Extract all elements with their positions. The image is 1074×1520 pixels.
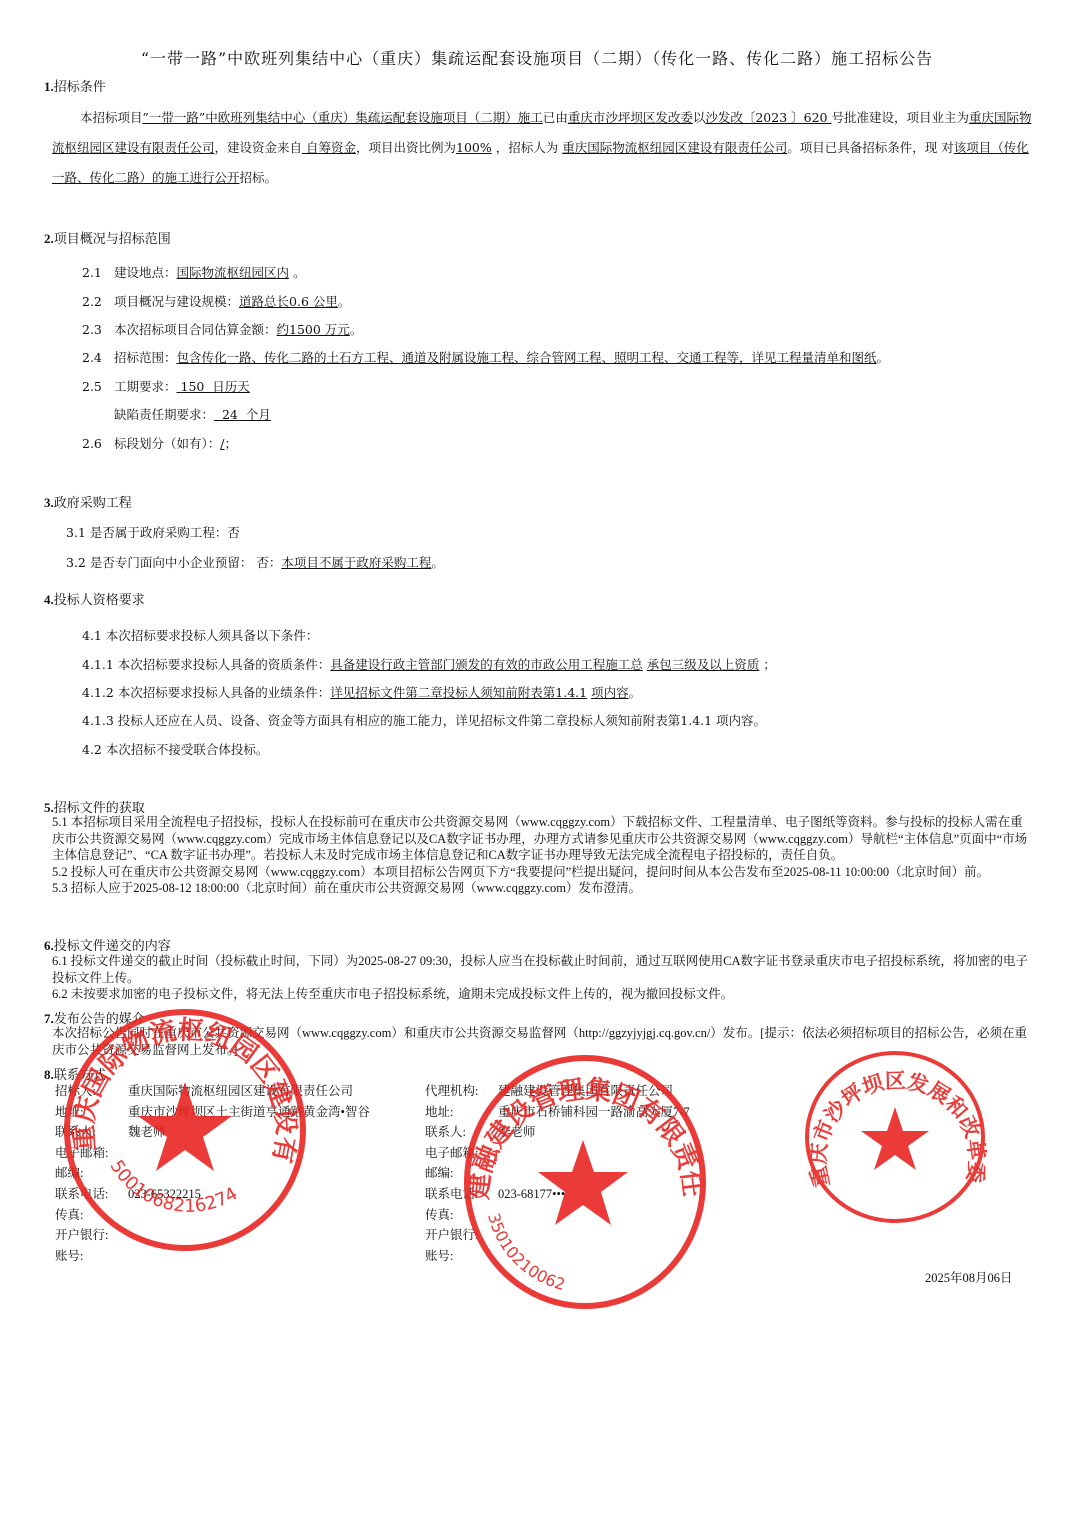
contact-row: 邮编:: [425, 1163, 690, 1184]
contact-label: 招标人:: [55, 1081, 128, 1102]
contact-label: 传真:: [55, 1205, 128, 1226]
publish-date: 2025年08月06日: [925, 1268, 1013, 1286]
contact-label: 电子邮箱:: [55, 1143, 128, 1164]
contact-row: 电子邮箱:: [55, 1143, 370, 1164]
item-label: 工期要求：: [114, 379, 177, 394]
contact-value: [498, 1205, 501, 1226]
contact-row: 邮编:: [55, 1163, 370, 1184]
section-4-item-4-1-3: 4.1.3 投标人还应在人员、设备、资金等方面具有相应的施工能力，详见招标文件第…: [82, 711, 766, 729]
item-number: 2.4: [82, 350, 114, 365]
section-2-item: 2.2项目概况与建设规模：道路总长0.6 公里。: [82, 292, 350, 310]
item-value: 约1500 万元: [277, 322, 350, 337]
contact-value: [128, 1246, 131, 1267]
section-3-heading: 3.政府采购工程: [44, 492, 132, 511]
section-6-p1: 6.1 投标文件递交的截止时间（投标截止时间，下同）为2025-08-27 09…: [52, 953, 1032, 986]
contact-label: 代理机构:: [425, 1081, 498, 1102]
item-value: 国际物流枢纽园区内: [177, 265, 290, 280]
contact-label: 开户银行:: [55, 1225, 128, 1246]
section-4-item-4-1-1: 4.1.1 本次招标要求投标人具备的资质条件：具备建设行政主管部门颁发的有效的市…: [82, 655, 776, 673]
section-5-body: 5.1 本招标项目采用全流程电子招投标，投标人在投标前可在重庆市公共资源交易网（…: [52, 814, 1032, 897]
contact-value: 建融建设管理集团有限责任公司: [498, 1081, 673, 1102]
contact-value: [498, 1246, 501, 1267]
item-suffix: 。: [338, 294, 351, 309]
contact-label: 地址:: [55, 1102, 128, 1123]
item-label: 本次招标项目合同估算金额：: [114, 322, 277, 337]
section-4-item-4-1: 4.1 本次招标要求投标人须具备以下条件：: [82, 626, 318, 644]
section-2-item: 缺陷责任期要求： 24 个月: [82, 405, 271, 423]
contact-row: 代理机构:建融建设管理集团有限责任公司: [425, 1081, 690, 1102]
contact-value: [498, 1163, 501, 1184]
contact-value: 023-68177•••: [498, 1184, 565, 1205]
item-number: 2.5: [82, 379, 114, 394]
section-2-item: 2.4招标范围：包含传化一路、传化二路的土石方工程、通道及附属设施工程、综合管网…: [82, 348, 889, 366]
contact-label: 账号:: [55, 1246, 128, 1267]
agency-contact: 代理机构:建融建设管理集团有限责任公司地址:重庆市石桥铺科园一路渝高大厦7-7联…: [425, 1081, 690, 1266]
contact-row: 电子邮箱:: [425, 1143, 690, 1164]
contact-value: [128, 1225, 131, 1246]
contact-label: 联系人:: [55, 1122, 128, 1143]
contact-value: 重庆市沙坪坝区土主街道亨通路黄金湾•智谷: [128, 1102, 370, 1123]
contact-row: 账号:: [55, 1246, 370, 1267]
contact-row: 账号:: [425, 1246, 690, 1267]
contact-row: 联系电话:023-65322215: [55, 1184, 370, 1205]
contact-label: 地址:: [425, 1102, 498, 1123]
contact-value: [498, 1143, 501, 1164]
contact-row: 地址:重庆市沙坪坝区土主街道亨通路黄金湾•智谷: [55, 1102, 370, 1123]
approval-authority-seal: 重庆市沙坪坝区发展和改革委员会: [800, 1045, 990, 1225]
section-4-heading: 4.投标人资格要求: [44, 589, 145, 608]
section-7-body: 本次招标公告同时在重庆市公共资源交易网（www.cqggzy.com）和重庆市公…: [52, 1025, 1032, 1058]
contact-row: 开户银行:: [425, 1225, 690, 1246]
section-6-body: 6.1 投标文件递交的截止时间（投标截止时间，下同）为2025-08-27 09…: [52, 953, 1032, 1003]
item-number: 2.2: [82, 294, 114, 309]
contact-label: 邮编:: [425, 1163, 498, 1184]
section-1-heading: 1.招标条件: [44, 76, 106, 95]
section-6-p2: 6.2 未按要求加密的电子投标文件，将无法上传至重庆市电子招投标系统，逾期未完成…: [52, 986, 1032, 1003]
section-2-heading: 2.项目概况与招标范围: [44, 228, 171, 247]
contact-value: 023-65322215: [128, 1184, 201, 1205]
section-5-p3: 5.3 招标人应于2025-08-12 18:00:00（北京时间）前在重庆市公…: [52, 880, 1032, 897]
item-label: 缺陷责任期要求：: [114, 407, 214, 422]
contact-row: 地址:重庆市石桥铺科园一路渝高大厦7-7: [425, 1102, 690, 1123]
section-7-p1: 本次招标公告同时在重庆市公共资源交易网（www.cqggzy.com）和重庆市公…: [52, 1025, 1032, 1058]
contact-label: 联系人:: [425, 1122, 498, 1143]
item-number: 2.1: [82, 265, 114, 280]
contact-row: 联系电话:023-68177•••: [425, 1184, 690, 1205]
item-value: 包含传化一路、传化二路的土石方工程、通道及附属设施工程、综合管网工程、照明工程、…: [177, 350, 877, 365]
section-2-item: 2.6标段划分（如有）：/；: [82, 434, 237, 452]
contact-value: [128, 1205, 131, 1226]
section-5-p2: 5.2 投标人可在重庆市公共资源交易网（www.cqggzy.com）本项目招标…: [52, 864, 1032, 881]
item-value: 24 个月: [214, 407, 271, 422]
contact-value: 重庆国际物流枢纽园区建设有限责任公司: [128, 1081, 353, 1102]
section-2-item: 2.5工期要求： 150 日历天: [82, 377, 250, 395]
tenderer-contact: 招标人:重庆国际物流枢纽园区建设有限责任公司地址:重庆市沙坪坝区土主街道亨通路黄…: [55, 1081, 370, 1266]
section-4-item-4-1-2: 4.1.2 本次招标要求投标人具备的业绩条件：详见招标文件第二章投标人须知前附表…: [82, 683, 641, 701]
item-value: 150 日历天: [177, 379, 250, 394]
item-suffix: 。: [350, 322, 363, 337]
contact-value: [498, 1225, 501, 1246]
contact-row: 招标人:重庆国际物流枢纽园区建设有限责任公司: [55, 1081, 370, 1102]
item-number: 2.3: [82, 322, 114, 337]
section-1-body: 本招标项目”一带一路”中欧班列集结中心（重庆）集疏运配套设施项目（二期）施工已由…: [52, 103, 1032, 193]
contact-row: 开户银行:: [55, 1225, 370, 1246]
section-2-item: 2.3本次招标项目合同估算金额：约1500 万元。: [82, 320, 362, 338]
item-label: 招标范围：: [114, 350, 177, 365]
contact-value: [128, 1163, 131, 1184]
star-icon: [861, 1107, 929, 1170]
item-suffix: ；: [224, 436, 237, 451]
item-number: 2.6: [82, 436, 114, 451]
contact-label: 开户银行:: [425, 1225, 498, 1246]
section-4-item-4-2: 4.2 本次招标不接受联合体投标。: [82, 740, 268, 758]
contact-label: 联系电话:: [425, 1184, 498, 1205]
contact-value: [128, 1143, 131, 1164]
contact-value: 魏老师: [128, 1122, 166, 1143]
svg-text:重庆市沙坪坝区发展和改革委员会: 重庆市沙坪坝区发展和改革委员会: [800, 1045, 990, 1190]
contact-row: 传真:: [55, 1205, 370, 1226]
item-label: 建设地点：: [114, 265, 177, 280]
contact-label: 联系电话:: [55, 1184, 128, 1205]
item-suffix: 。: [877, 350, 890, 365]
item-label: 标段划分（如有）：: [114, 436, 220, 451]
contact-label: 传真:: [425, 1205, 498, 1226]
item-suffix: 。: [289, 265, 305, 280]
section-2-item: 2.1建设地点：国际物流枢纽园区内 。: [82, 263, 306, 281]
contact-value: 重庆市石桥铺科园一路渝高大厦7-7: [498, 1102, 690, 1123]
contact-row: 联系人:魏老师: [55, 1122, 370, 1143]
contact-label: 账号:: [425, 1246, 498, 1267]
section-3-q2: 3.2 是否专门面向中小企业预留： 否：本项目不属于政府采购工程。: [66, 553, 444, 571]
contact-value: 李老师: [498, 1122, 536, 1143]
section-5-p1: 5.1 本招标项目采用全流程电子招投标，投标人在投标前可在重庆市公共资源交易网（…: [52, 814, 1032, 864]
contact-row: 联系人:李老师: [425, 1122, 690, 1143]
contact-label: 邮编:: [55, 1163, 128, 1184]
page-title: “一带一路”中欧班列集结中心（重庆）集疏运配套设施项目（二期）（传化一路、传化二…: [0, 46, 1074, 69]
contact-row: 传真:: [425, 1205, 690, 1226]
item-value: 道路总长0.6 公里: [239, 294, 338, 309]
item-label: 项目概况与建设规模：: [114, 294, 239, 309]
section-6-heading: 6.投标文件递交的内容: [44, 935, 171, 954]
contact-label: 电子邮箱:: [425, 1143, 498, 1164]
section-3-q1: 3.1 是否属于政府采购工程：否: [66, 523, 240, 541]
